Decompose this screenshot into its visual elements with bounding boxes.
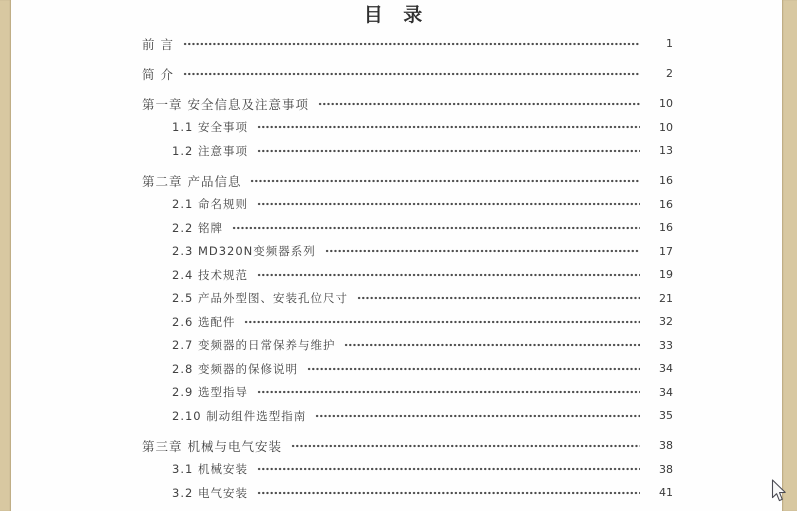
toc-entry-page: 38 xyxy=(647,439,673,452)
toc-entry[interactable]: 第二章 产品信息16 xyxy=(142,169,673,193)
toc-entry-page: 33 xyxy=(647,339,673,352)
toc-entry[interactable]: 3.1 机械安装38 xyxy=(142,458,673,482)
toc-entry-label: 2.8 变频器的保修说明 xyxy=(172,361,298,377)
toc-entry-page: 16 xyxy=(647,198,673,211)
toc-entry-label: 3.2 电气安装 xyxy=(172,485,248,501)
dot-leader xyxy=(325,249,640,253)
toc-entry[interactable]: 1.1 安全事项10 xyxy=(142,116,673,140)
toc-entry[interactable]: 2.4 技术规范19 xyxy=(142,263,673,287)
dot-leader xyxy=(257,390,640,394)
document-page: 目 录 前 言1简 介2第一章 安全信息及注意事项101.1 安全事项101.2… xyxy=(11,0,782,511)
dot-leader xyxy=(257,125,640,129)
dot-leader xyxy=(257,467,640,471)
toc-entry-label: 2.9 选型指导 xyxy=(172,384,248,400)
toc-entry[interactable]: 1.2 注意事项13 xyxy=(142,139,673,163)
toc-entry[interactable]: 第三章 机械与电气安装38 xyxy=(142,434,673,458)
toc-entry-page: 17 xyxy=(647,245,673,258)
toc-entry-label: 2.7 变频器的日常保养与维护 xyxy=(172,337,335,353)
toc-entry-label: 2.2 铭牌 xyxy=(172,220,223,236)
dot-leader xyxy=(183,42,640,46)
toc-entry-label: 第二章 产品信息 xyxy=(142,172,241,190)
toc-entry[interactable]: 2.1 命名规则16 xyxy=(142,193,673,217)
toc-entry[interactable]: 2.2 铭牌16 xyxy=(142,216,673,240)
dot-leader xyxy=(307,367,640,371)
toc-entry-label: 2.6 选配件 xyxy=(172,314,235,330)
toc-entry[interactable]: 2.5 产品外型图、安装孔位尺寸21 xyxy=(142,287,673,311)
toc-entry-page: 38 xyxy=(647,463,673,476)
toc-entry-page: 34 xyxy=(647,386,673,399)
toc-entry-page: 10 xyxy=(647,97,673,110)
toc-entry-page: 41 xyxy=(647,486,673,499)
toc-entry[interactable]: 第一章 安全信息及注意事项10 xyxy=(142,92,673,116)
toc-entry-page: 13 xyxy=(647,144,673,157)
toc-entry[interactable]: 2.9 选型指导34 xyxy=(142,381,673,405)
background-frame-left xyxy=(0,0,11,511)
toc-entry-page: 2 xyxy=(647,67,673,80)
toc-entry-label: 1.1 安全事项 xyxy=(172,119,248,135)
toc-entry[interactable]: 3.2 电气安装41 xyxy=(142,481,673,505)
toc-entry-label: 第三章 机械与电气安装 xyxy=(142,437,282,455)
dot-leader xyxy=(257,491,640,495)
dot-leader xyxy=(291,444,640,448)
dot-leader xyxy=(357,296,640,300)
dot-leader xyxy=(315,414,640,418)
toc-entry[interactable]: 2.3 MD320N变频器系列17 xyxy=(142,240,673,264)
toc-entry-page: 34 xyxy=(647,362,673,375)
toc-entry-label: 2.4 技术规范 xyxy=(172,267,248,283)
dot-leader xyxy=(250,179,640,183)
toc-list: 前 言1简 介2第一章 安全信息及注意事项101.1 安全事项101.2 注意事… xyxy=(142,32,673,505)
page-title: 目 录 xyxy=(11,0,782,27)
toc-entry-label: 前 言 xyxy=(142,35,174,53)
toc-entry-label: 第一章 安全信息及注意事项 xyxy=(142,95,309,113)
toc-entry-page: 21 xyxy=(647,292,673,305)
document-viewer: { "document": { "title": "目 录" }, "toc":… xyxy=(0,0,797,511)
toc-entry-page: 32 xyxy=(647,315,673,328)
dot-leader xyxy=(318,102,640,106)
toc-entry-label: 简 介 xyxy=(142,65,174,83)
dot-leader xyxy=(244,320,640,324)
toc-entry-page: 19 xyxy=(647,268,673,281)
toc-entry[interactable]: 2.10 制动组件选型指南35 xyxy=(142,404,673,428)
toc-entry[interactable]: 简 介2 xyxy=(142,62,673,86)
toc-entry-page: 1 xyxy=(647,37,673,50)
dot-leader xyxy=(257,149,640,153)
toc-entry-label: 2.1 命名规则 xyxy=(172,196,248,212)
toc-entry-page: 16 xyxy=(647,221,673,234)
dot-leader xyxy=(183,72,640,76)
toc-entry-label: 1.2 注意事项 xyxy=(172,143,248,159)
toc-entry[interactable]: 2.8 变频器的保修说明34 xyxy=(142,357,673,381)
dot-leader xyxy=(344,343,640,347)
toc-entry-page: 16 xyxy=(647,174,673,187)
toc-entry-label: 2.3 MD320N变频器系列 xyxy=(172,243,316,259)
toc-entry-page: 35 xyxy=(647,409,673,422)
toc-entry-label: 2.10 制动组件选型指南 xyxy=(172,408,306,424)
dot-leader xyxy=(232,226,640,230)
background-frame-right xyxy=(782,0,797,511)
toc-entry[interactable]: 2.7 变频器的日常保养与维护33 xyxy=(142,334,673,358)
dot-leader xyxy=(257,202,640,206)
toc-entry[interactable]: 2.6 选配件32 xyxy=(142,310,673,334)
toc-entry-label: 2.5 产品外型图、安装孔位尺寸 xyxy=(172,290,348,306)
dot-leader xyxy=(257,273,640,277)
toc-entry-page: 10 xyxy=(647,121,673,134)
toc-entry[interactable]: 前 言1 xyxy=(142,32,673,56)
toc-entry-label: 3.1 机械安装 xyxy=(172,461,248,477)
